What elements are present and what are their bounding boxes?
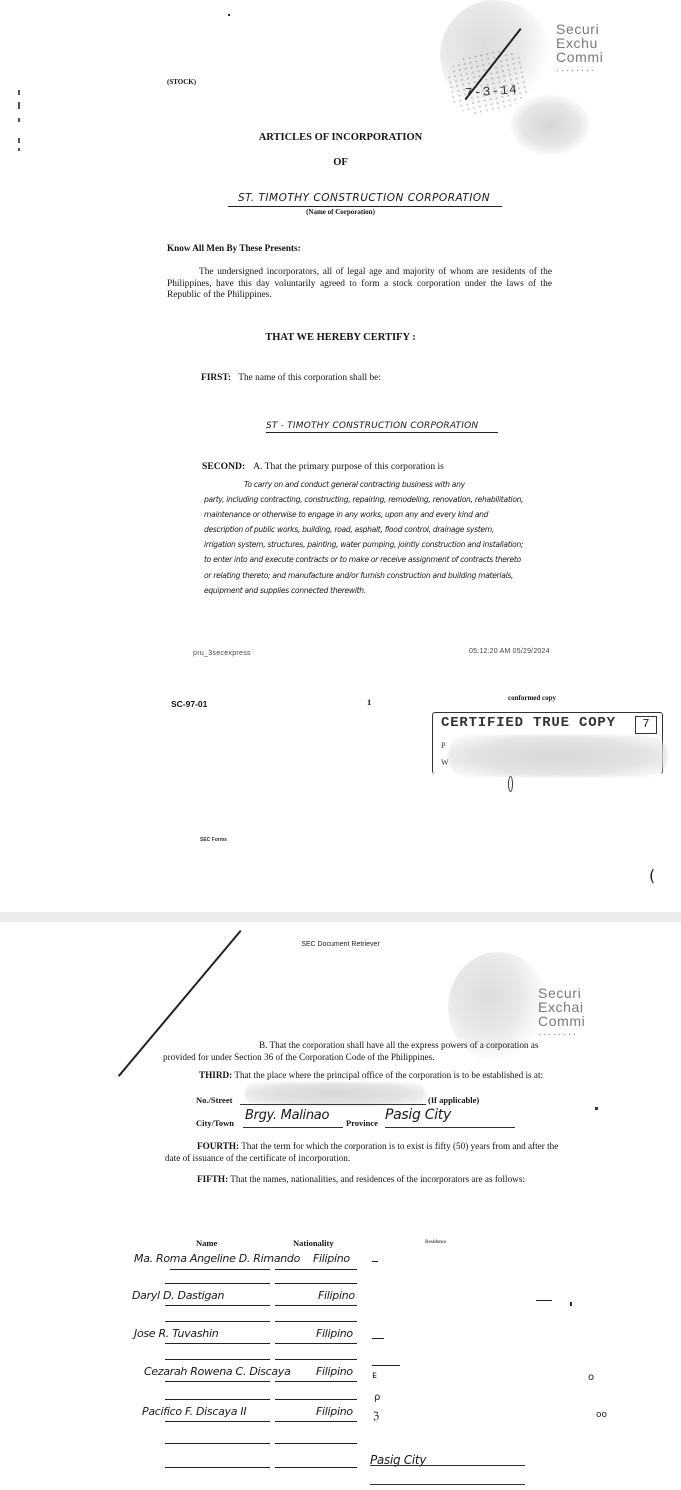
margin-mark: oo <box>596 1410 607 1420</box>
table-row-line <box>165 1421 270 1422</box>
table-row-line <box>165 1443 270 1444</box>
intro-paragraph: The undersigned incorporators, all of le… <box>167 267 552 302</box>
street-field-line <box>240 1104 426 1105</box>
residence-mark <box>372 1365 400 1366</box>
residence-scribble: ρ <box>374 1392 380 1403</box>
incorporator-nationality: Filipino <box>316 1365 353 1378</box>
conformed-copy-label: conformed copy <box>508 694 556 702</box>
scan-speck <box>595 1107 598 1110</box>
scan-speck <box>570 1302 572 1306</box>
incorporator-name: Ma. Roma Angeline D. Rimando <box>134 1252 300 1265</box>
table-row-line <box>275 1399 357 1400</box>
page-separator <box>0 912 681 922</box>
table-row-line <box>275 1343 357 1344</box>
sec-logo-text: Securi Exchai Commi ▪▪▪▪▪▪▪▪ <box>538 986 585 1042</box>
incorporator-nationality: Filipino <box>316 1405 353 1418</box>
incorporator-name: Jose R. Tuvashin <box>134 1327 218 1340</box>
city-field-line <box>243 1127 343 1128</box>
document-page-2: SEC Document Retriever Securi Exchai Com… <box>0 922 681 1490</box>
table-row-line <box>275 1283 357 1284</box>
fourth-article: FOURTH: That the term for which the corp… <box>165 1141 565 1164</box>
first-name-underline <box>266 432 498 433</box>
residence-mark <box>372 1261 378 1262</box>
table-row-line <box>275 1321 357 1322</box>
table-row-line <box>275 1359 357 1360</box>
city-label: City/Town <box>196 1118 234 1128</box>
signature-loop-mark <box>508 776 513 792</box>
column-header-residence: Residence <box>425 1240 446 1245</box>
table-row-line <box>165 1381 270 1382</box>
certify-heading: THAT WE HEREBY CERTIFY : <box>0 332 681 343</box>
document-page-1: (STOCK) Securi Exchu Commi ▪▪▪▪▪▪▪▪ 7-3-… <box>0 0 681 912</box>
residence-line <box>370 1465 525 1466</box>
province-field-line <box>385 1127 515 1128</box>
if-applicable-label: (If applicable) <box>428 1095 479 1105</box>
first-corporation-name-value: ST - TIMOTHY CONSTRUCTION CORPORATION <box>266 421 478 431</box>
table-row-line <box>165 1305 270 1306</box>
scan-speck <box>228 14 230 16</box>
residence-scribble: ᴇ <box>372 1370 377 1381</box>
table-row-line <box>165 1467 270 1468</box>
stock-tag: (STOCK) <box>167 78 196 86</box>
name-underline <box>228 206 502 207</box>
table-row-line <box>275 1443 357 1444</box>
redaction-blur <box>245 1082 425 1106</box>
certified-stamp-line-1: P <box>441 741 445 750</box>
province-value-handwritten: Pasig City <box>385 1107 451 1123</box>
page-number: 1 <box>367 697 371 707</box>
residence-scribble: ℨ <box>373 1411 379 1422</box>
edge-scan-mark: ( <box>649 866 655 885</box>
column-header-nationality: Nationality <box>293 1238 334 1248</box>
incorporator-nationality: Filipino <box>313 1252 350 1265</box>
first-article: FIRST: The name of this corporation shal… <box>201 373 381 383</box>
incorporator-name: Daryl D. Dastigan <box>132 1289 224 1302</box>
incorporator-nationality: Filipino <box>318 1289 355 1302</box>
form-code: SC-97-01 <box>171 699 207 709</box>
primary-purpose-handwritten: To carry on and conduct general contract… <box>204 477 582 598</box>
corporation-name-handwritten: ST. TIMOTHY CONSTRUCTION CORPORATION <box>238 192 490 204</box>
table-row-line <box>165 1359 270 1360</box>
name-caption: (Name of Corporation) <box>0 208 681 216</box>
table-row-line <box>275 1467 357 1468</box>
document-title-of: OF <box>0 157 681 168</box>
table-row-line <box>275 1421 357 1422</box>
sec-document-retriever-header: SEC Document Retriever <box>0 941 681 948</box>
table-row-line <box>170 1269 270 1270</box>
paragraph-b: B. That the corporation shall have all t… <box>163 1040 563 1063</box>
table-row-line <box>165 1399 270 1400</box>
redaction-blur <box>510 95 590 155</box>
know-all-men-heading: Know All Men By These Presents: <box>167 243 301 253</box>
second-article: SECOND: A. That the primary purpose of t… <box>202 461 444 472</box>
retriever-timestamp: 05:12:20 AM 05/29/2024 <box>469 648 550 655</box>
table-row-line <box>275 1269 357 1270</box>
third-article: THIRD: That the place where the principa… <box>163 1070 563 1082</box>
certified-stamp-number: 7 <box>635 716 657 734</box>
table-row-line <box>165 1343 270 1344</box>
document-title: ARTICLES OF INCORPORATION <box>0 132 681 143</box>
table-row-line <box>165 1283 270 1284</box>
residence-line <box>370 1484 525 1485</box>
street-label: No./Street <box>196 1095 232 1105</box>
residence-mark <box>372 1338 384 1339</box>
redaction-blur <box>448 735 668 777</box>
table-row-line <box>165 1321 270 1322</box>
certified-true-copy-title: CERTIFIED TRUE COPY <box>441 715 616 731</box>
city-value-handwritten: Brgy. Malinao <box>245 1108 329 1123</box>
column-header-name: Name <box>196 1238 217 1248</box>
table-row-line <box>275 1305 357 1306</box>
fifth-article: FIFTH: That the names, nationalities, an… <box>165 1174 565 1186</box>
scan-margin-marks <box>18 90 22 160</box>
incorporator-nationality: Filipino <box>316 1327 353 1340</box>
incorporator-name: Pacifico F. Discaya II <box>142 1405 246 1418</box>
province-label: Province <box>346 1118 378 1128</box>
table-row-line <box>275 1381 357 1382</box>
residence-mark <box>536 1300 552 1301</box>
retriever-user: pru_3secexpress <box>193 650 251 657</box>
bottom-scan-mark: SEC Forms <box>200 837 227 843</box>
sec-logo-text: Securi Exchu Commi ▪▪▪▪▪▪▪▪ <box>556 22 603 78</box>
incorporator-name: Cezarah Rowena C. Discaya <box>144 1365 291 1378</box>
margin-mark: o <box>588 1372 594 1383</box>
